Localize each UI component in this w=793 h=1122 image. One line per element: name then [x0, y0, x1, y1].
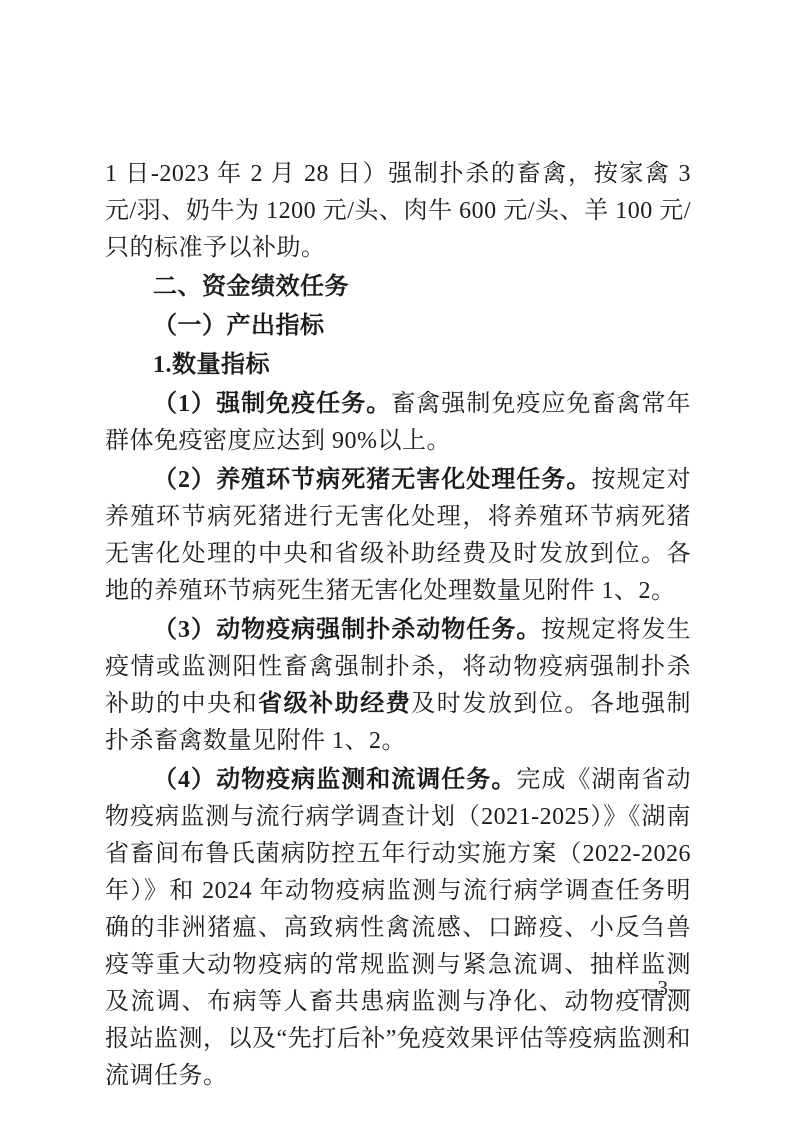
- text-segment: 二、资金绩效任务: [153, 274, 349, 300]
- page-number: —3—: [105, 976, 691, 1001]
- section-heading: 二、资金绩效任务: [105, 269, 691, 306]
- text-segment: 1.数量指标: [153, 352, 270, 378]
- numbered-heading: 1.数量指标: [105, 347, 691, 384]
- document-page: 1 日-2023 年 2 月 28 日）强制扑杀的畜禽，按家禽 3 元/羽、奶牛…: [0, 0, 793, 1122]
- continued-paragraph: 1 日-2023 年 2 月 28 日）强制扑杀的畜禽，按家禽 3 元/羽、奶牛…: [105, 156, 691, 267]
- text-segment: 1 日-2023 年 2 月 28 日）强制扑杀的畜禽，按家禽 3 元/羽、奶牛…: [105, 161, 691, 261]
- text-segment: （4）动物疫病监测和流调任务。: [153, 767, 516, 793]
- item-1-paragraph: （1）强制免疫任务。畜禽强制免疫应免畜禽常年群体免疫密度应达到 90%以上。: [105, 386, 691, 460]
- item-2-paragraph: （2）养殖环节病死猪无害化处理任务。按规定对养殖环节病死猪进行无害化处理，将养殖…: [105, 462, 691, 610]
- text-segment: （2）养殖环节病死猪无害化处理任务。: [153, 467, 591, 493]
- item-3-paragraph: （3）动物疫病强制扑杀动物任务。按规定将发生疫情或监测阳性畜禽强制扑杀，将动物疫…: [105, 612, 691, 760]
- text-segment: （3）动物疫病强制扑杀动物任务。: [153, 617, 541, 643]
- text-segment: 省级补助经费: [258, 691, 411, 717]
- document-body: 1 日-2023 年 2 月 28 日）强制扑杀的畜禽，按家禽 3 元/羽、奶牛…: [105, 156, 691, 1097]
- item-4-paragraph: （4）动物疫病监测和流调任务。完成《湖南省动物疫病监测与流行病学调查计划（202…: [105, 762, 691, 1095]
- text-segment: （一）产出指标: [153, 313, 325, 339]
- text-segment: （1）强制免疫任务。: [153, 391, 391, 417]
- text-segment: 完成《湖南省动物疫病监测与流行病学调查计划（2021-2025）》《湖南省畜间布…: [105, 767, 691, 1089]
- subsection-heading: （一）产出指标: [105, 308, 691, 345]
